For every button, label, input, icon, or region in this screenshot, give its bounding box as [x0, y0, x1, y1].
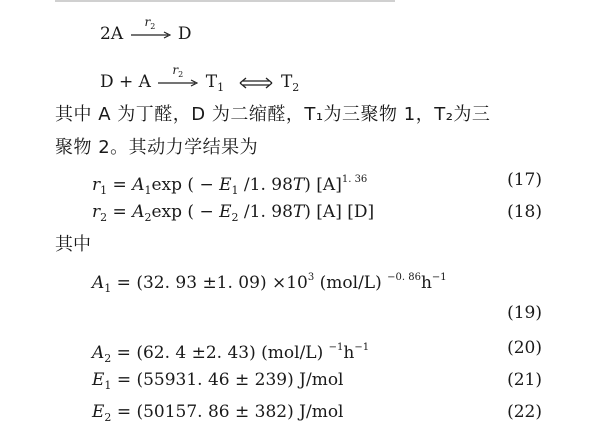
parameter-A2: A2 = (62. 4 ±2. 43) (mol/L) −1h−1	[92, 338, 369, 369]
reaction-lhs: 2A	[100, 24, 123, 44]
rate-equation-18: r2 = A2exp ( − E2 /1. 98T) [A] [D]	[92, 202, 374, 228]
equation-number: (17)	[507, 170, 542, 190]
reaction-lhs: D + A	[100, 72, 151, 92]
reaction-arrow: r2	[158, 76, 198, 90]
reaction-rhs: D	[178, 24, 192, 44]
double-arrow-icon	[238, 77, 274, 89]
rate-equation-17: r1 = A1exp ( − E1 /1. 98T) [A]1. 36	[92, 170, 367, 201]
equation-number: (22)	[507, 402, 542, 422]
equilibrium-product: T2	[281, 72, 299, 92]
equation-number: (18)	[507, 202, 542, 222]
description-line-1: 其中 A 为丁醛，D 为二缩醛，T₁为三聚物 1，T₂为三	[55, 105, 490, 125]
parameter-A1: A1 = (32. 93 ±1. 09) ×103 (mol/L) −0. 86…	[92, 268, 447, 299]
right-arrow-icon	[131, 31, 171, 39]
reaction-rhs: T1	[206, 72, 224, 92]
reaction-equation-2: D + A r2 T1 T2	[100, 72, 299, 98]
equation-number: (20)	[507, 338, 542, 358]
parameter-E1: E1 = (55931. 46 ± 239) J/mol	[92, 370, 344, 396]
equation-number: (19)	[507, 303, 542, 323]
where-label: 其中	[55, 235, 91, 255]
clipped-previous-line	[55, 0, 395, 4]
description-line-2: 聚物 2。其动力学结果为	[55, 138, 258, 158]
reaction-arrow: r2	[131, 28, 171, 42]
reaction-equation-1: 2A r2 D	[100, 24, 192, 44]
equation-number: (21)	[507, 370, 542, 390]
parameter-E2: E2 = (50157. 86 ± 382) J/mol	[92, 402, 344, 428]
right-arrow-icon	[158, 79, 198, 87]
